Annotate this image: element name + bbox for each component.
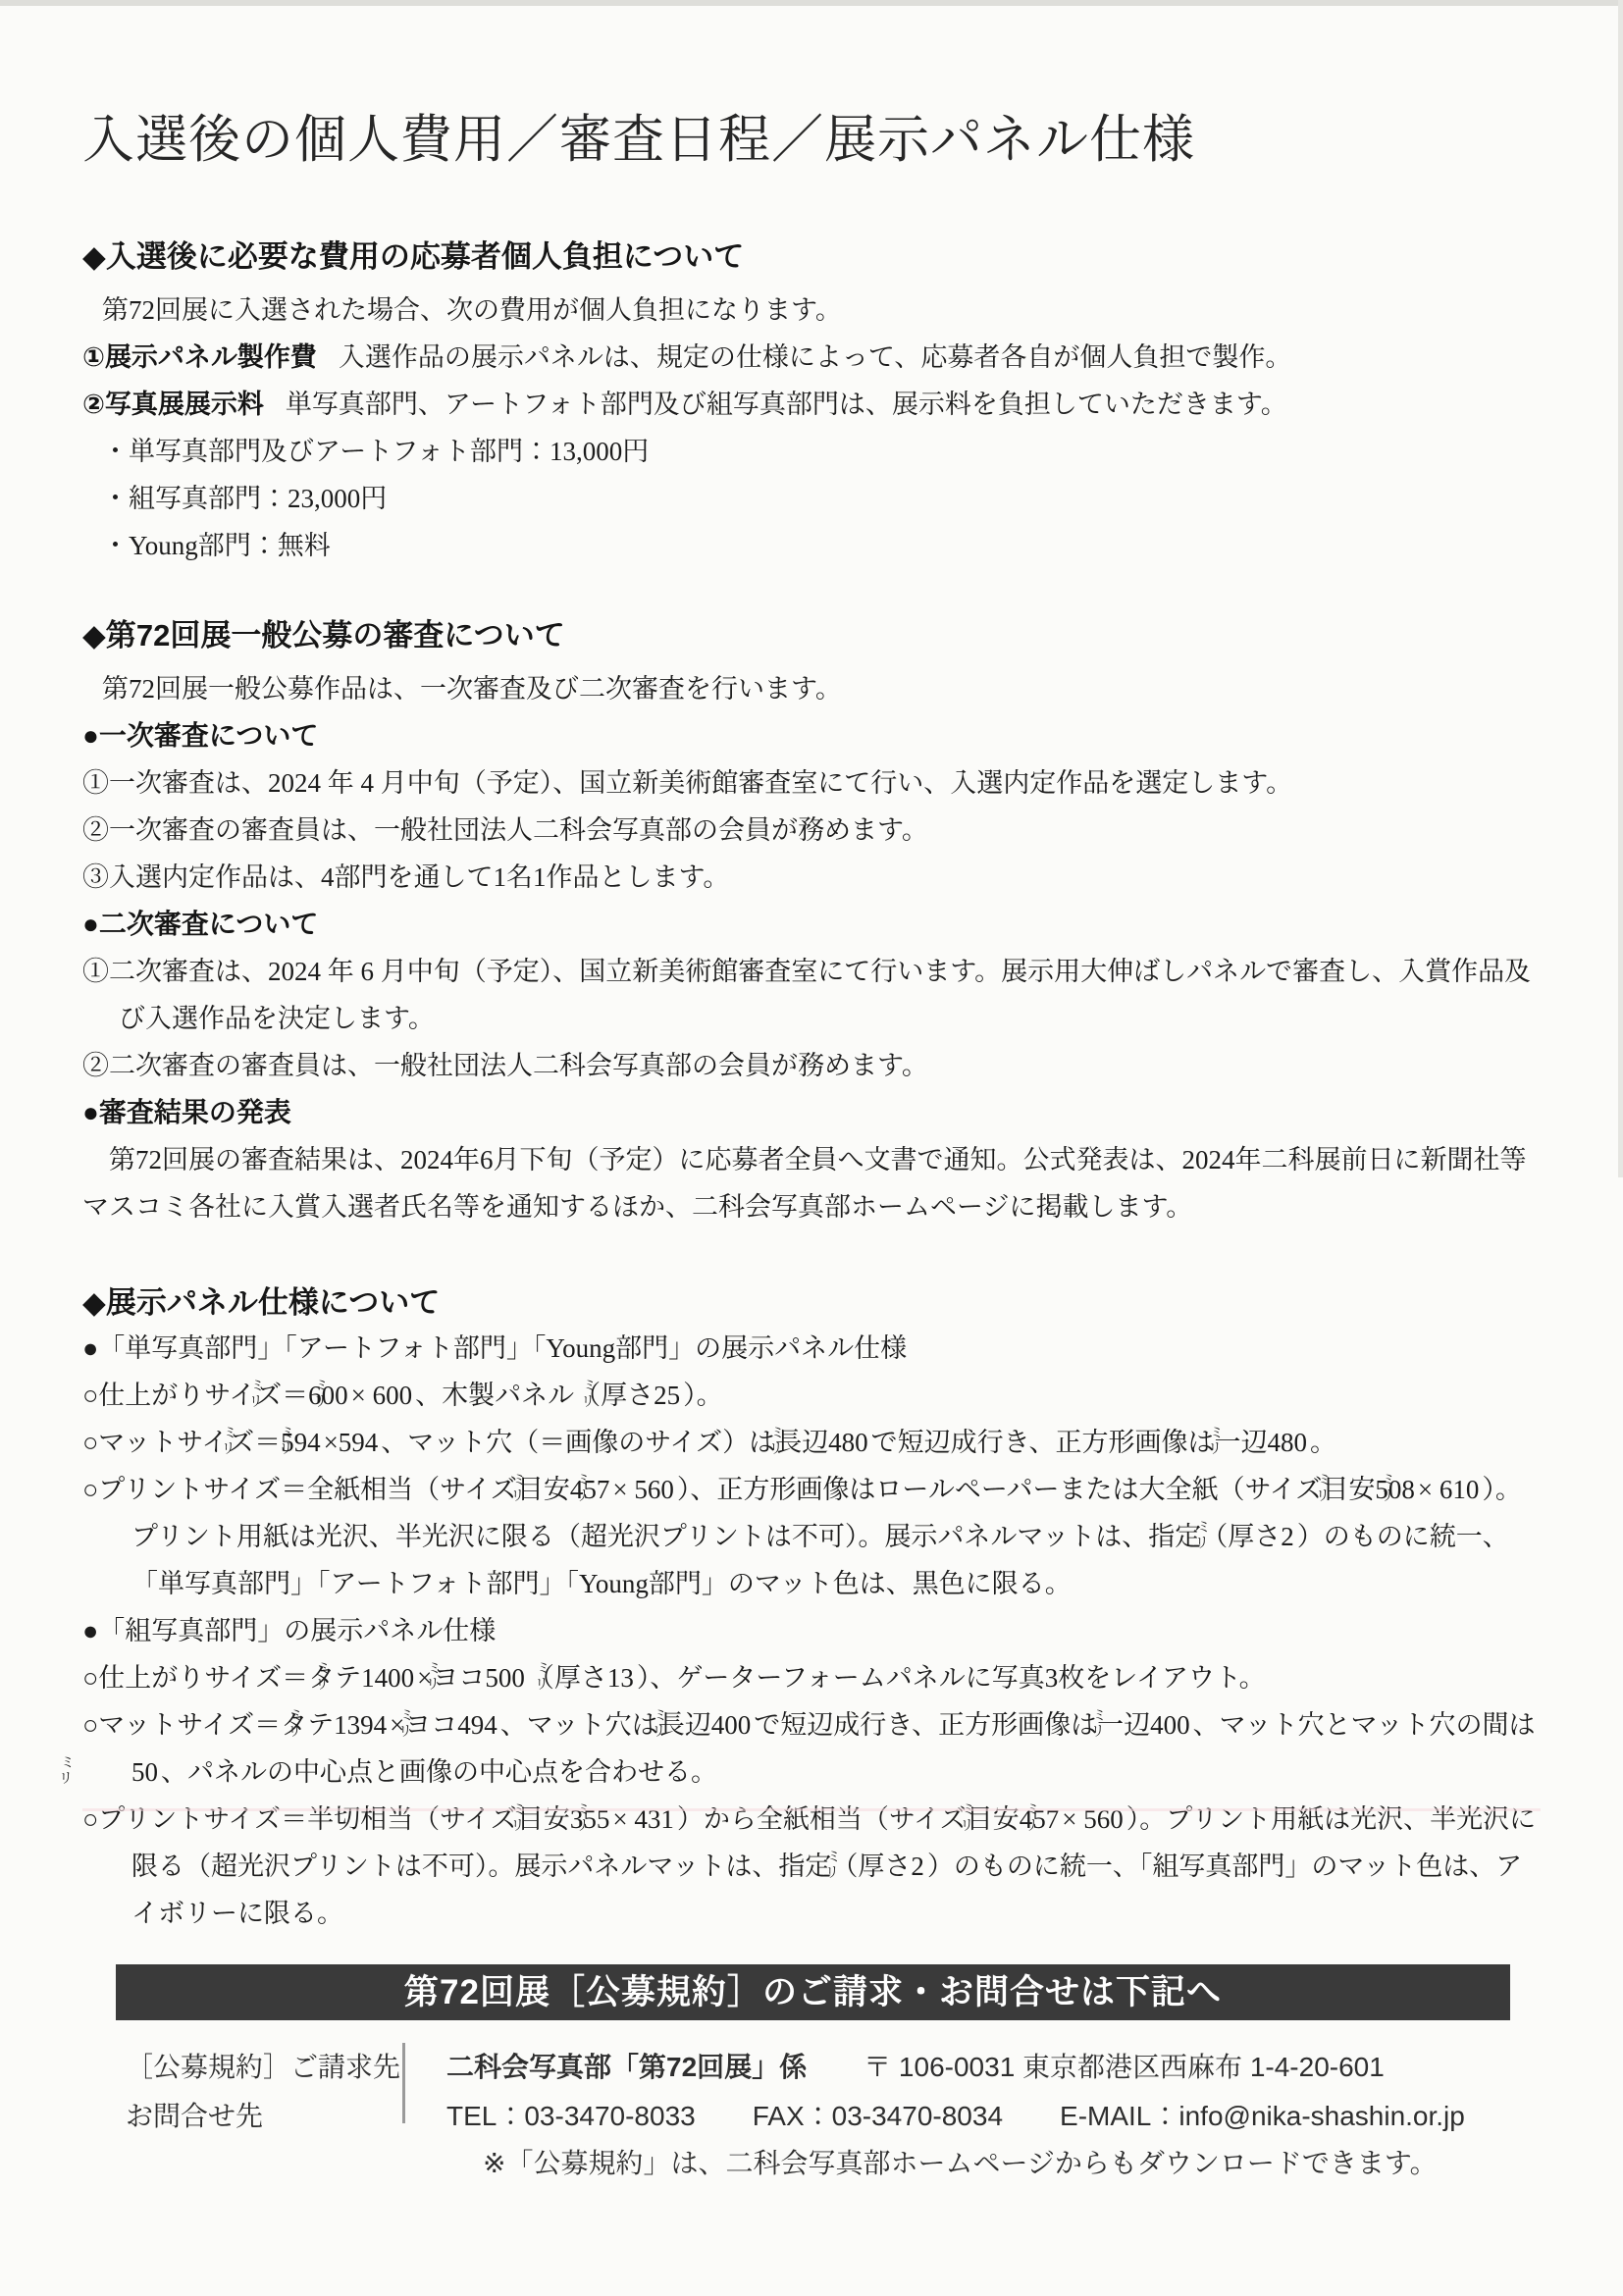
- document-page: 入選後の個人費用／審査日程／展示パネル仕様 ◆入選後に必要な費用の応募者個人負担…: [0, 0, 1623, 2296]
- fees-item-panel-production-label: ①展示パネル製作費: [82, 342, 317, 372]
- footer-tel-fax-email-row: TEL：03-3470-8033 FAX：03-3470-8034 E-MAIL…: [446, 2092, 1465, 2141]
- request-info-banner: 第72回展［公募規約］のご請求・お問合せは下記へ: [116, 1964, 1510, 2020]
- results-heading: ●審査結果の発表: [82, 1089, 1541, 1136]
- fee-bullet-group: ・組写真部門：23,000円: [102, 475, 1541, 522]
- fees-section-heading: ◆入選後に必要な費用の応募者個人負担について: [82, 235, 1541, 279]
- single-panel-heading: ●「単写真部門」「アートフォト部門」「Young部門」の展示パネル仕様: [82, 1325, 1541, 1372]
- document-content: 入選後の個人費用／審査日程／展示パネル仕様 ◆入選後に必要な費用の応募者個人負担…: [0, 0, 1623, 1937]
- footer-org-address-row: 二科会写真部「第72回展」係 〒 106-0031 東京都港区西麻布 1-4-2…: [446, 2043, 1465, 2092]
- review-section-heading: ◆第72回展一般公募の審査について: [82, 614, 1541, 657]
- fees-item-exhibition-fee-label: ②写真展展示料: [82, 390, 264, 419]
- results-paragraph: 第72回展の審査結果は、2024年6月下旬（予定）に応募者全員へ文書で通知。公式…: [82, 1136, 1541, 1230]
- footer-contact-details: 二科会写真部「第72回展」係 〒 106-0031 東京都港区西麻布 1-4-2…: [446, 2043, 1465, 2141]
- single-panel-print-size: ○プリントサイズ＝全紙相当（サイズ目安457ミリ× 560ミリ）、正方形画像はロ…: [82, 1466, 1541, 1607]
- review-intro: 第72回展一般公募作品は、一次審査及び二次審査を行います。: [102, 665, 1541, 712]
- group-panel-print-size: ○プリントサイズ＝半切相当（サイズ目安355ミリ× 431ミリ）から全紙相当（サ…: [82, 1796, 1541, 1937]
- group-panel-mat-size: ○マットサイズ＝タテ1394ミリ×ヨコ494ミリ、マット穴は長辺400ミリで短辺…: [82, 1701, 1541, 1796]
- fees-item-panel-production: ①展示パネル製作費入選作品の展示パネルは、規定の仕様によって、応募者各自が個人負…: [82, 334, 1541, 381]
- second-review-item-1: ①二次審査は、2024 年 6 月中旬（予定）、国立新美術館審査室にて行います。…: [82, 948, 1541, 1042]
- footer-request-label-line2: お問合せ先: [126, 2092, 400, 2141]
- first-review-item-3: ③入選内定作品は、4部門を通して1名1作品とします。: [82, 854, 1541, 901]
- single-panel-mat-size: ○マットサイズ＝594ミリ×594ミリ、マット穴（＝画像のサイズ）は長辺480ミ…: [82, 1419, 1541, 1466]
- fees-item-exhibition-fee-text: 単写真部門、アートフォト部門及び組写真部門は、展示料を負担していただきます。: [286, 390, 1287, 419]
- footer-vertical-divider: [402, 2043, 405, 2123]
- single-panel-finish-size: ○仕上がりサイズ＝600ミリ× 600ミリ、木製パネル（厚さ25ミリ）。: [82, 1372, 1541, 1419]
- first-review-heading: ●一次審査について: [82, 712, 1541, 759]
- fee-bullet-young: ・Young部門：無料: [102, 522, 1541, 569]
- group-panel-finish-size: ○仕上がりサイズ＝タテ1400ミリ×ヨコ500ミリ（厚さ13ミリ）、ゲーターフォ…: [82, 1654, 1541, 1701]
- fees-item-panel-production-text: 入選作品の展示パネルは、規定の仕様によって、応募者各自が個人負担で製作。: [339, 342, 1291, 372]
- footer-download-note: ※「公募規約」は、二科会写真部ホームページからもダウンロードできます。: [483, 2139, 1438, 2188]
- first-review-item-1: ①一次審査は、2024 年 4 月中旬（予定）、国立新美術館審査室にて行い、入選…: [82, 759, 1541, 807]
- scan-edge-artifact-right: [1618, 0, 1623, 1177]
- page-title: 入選後の個人費用／審査日程／展示パネル仕様: [82, 0, 1541, 177]
- second-review-item-2: ②二次審査の審査員は、一般社団法人二科会写真部の会員が務めます。: [82, 1042, 1541, 1089]
- scan-edge-artifact-top: [0, 0, 1623, 6]
- first-review-item-2: ②一次審査の審査員は、一般社団法人二科会写真部の会員が務めます。: [82, 807, 1541, 854]
- footer-tel: TEL：03-3470-8033: [446, 2092, 696, 2141]
- footer-request-label: ［公募規約］ご請求先 お問合せ先: [126, 2043, 400, 2141]
- fees-item-exhibition-fee: ②写真展展示料単写真部門、アートフォト部門及び組写真部門は、展示料を負担していた…: [82, 381, 1541, 428]
- footer-request-label-line1: ［公募規約］ご請求先: [126, 2043, 400, 2092]
- group-panel-heading: ●「組写真部門」の展示パネル仕様: [82, 1607, 1541, 1654]
- footer-fax: FAX：03-3470-8034: [753, 2092, 1003, 2141]
- footer-org-name: 二科会写真部「第72回展」係: [446, 2043, 807, 2092]
- footer-email: E-MAIL：info@nika-shashin.or.jp: [1060, 2092, 1465, 2141]
- footer-postal-address: 〒 106-0031 東京都港区西麻布 1-4-20-601: [864, 2043, 1385, 2092]
- second-review-heading: ●二次審査について: [82, 901, 1541, 948]
- scan-streak-artifact: [82, 1808, 1541, 1811]
- panel-section-heading: ◆展示パネル仕様について: [82, 1281, 1541, 1325]
- fees-intro: 第72回展に入選された場合、次の費用が個人負担になります。: [102, 287, 1541, 334]
- fee-bullet-single-artphoto: ・単写真部門及びアートフォト部門：13,000円: [102, 428, 1541, 475]
